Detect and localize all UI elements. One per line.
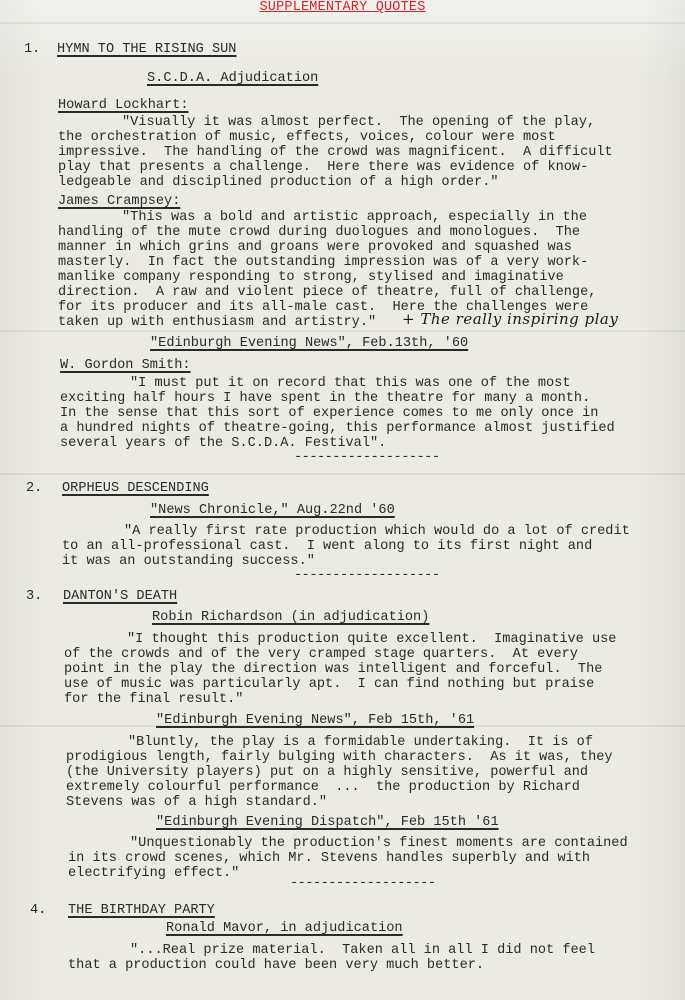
source-heading: Robin Richardson (in adjudication) <box>152 610 429 625</box>
quote-line: "Bluntly, the play is a formidable under… <box>128 735 593 750</box>
quote-line: electrifying effect." <box>68 866 239 881</box>
separator-rule: ------------------- <box>294 450 440 465</box>
document-page: SUPPLEMENTARY QUOTES 1. HYMN TO THE RISI… <box>0 0 685 1000</box>
document-title-text: SUPPLEMENTARY QUOTES <box>259 0 425 15</box>
section-heading: THE BIRTHDAY PARTY <box>68 903 215 918</box>
quote-line: prodigious length, fairly bulging with c… <box>66 750 613 765</box>
quote-line: extremely colourful performance ... the … <box>66 780 580 795</box>
quote-line: use of music was particularly apt. I can… <box>64 677 594 692</box>
quote-line: of the crowds and of the very cramped st… <box>64 647 578 662</box>
reviewer-name: W. Gordon Smith: <box>60 358 191 373</box>
quote-line: point in the play the direction was inte… <box>64 662 602 677</box>
source-heading: "Edinburgh Evening Dispatch", Feb 15th '… <box>156 815 499 830</box>
section-number: 4. <box>30 903 46 918</box>
quote-line: a hundred nights of theatre-going, this … <box>60 421 615 436</box>
section-heading: DANTON'S DEATH <box>63 589 177 604</box>
quote-line: the orchestration of music, effects, voi… <box>58 130 556 145</box>
quote-line: "A really first rate production which wo… <box>124 524 630 539</box>
quote-line: exciting half hours I have spent in the … <box>60 391 590 406</box>
quote-line: manner in which grins and groans were pr… <box>58 240 572 255</box>
quote-line: "I must put it on record that this was o… <box>130 376 571 391</box>
section-number: 3. <box>26 589 42 604</box>
separator-rule: ------------------- <box>290 876 436 891</box>
quote-line: handling of the mute crowd during duolog… <box>58 225 580 240</box>
section-number: 2. <box>26 481 42 496</box>
quote-line: In the sense that this sort of experienc… <box>60 406 598 421</box>
quote-line: play that presents a challenge. Here the… <box>58 160 588 175</box>
paper-crease <box>0 473 685 475</box>
quote-line: to an all-professional cast. I went alon… <box>62 539 592 554</box>
section-heading: ORPHEUS DESCENDING <box>62 481 209 496</box>
quote-line: "Unquestionably the production's finest … <box>130 836 628 851</box>
quote-line: "This was a bold and artistic approach, … <box>122 210 587 225</box>
quote-line: ledgeable and disciplined production of … <box>58 175 499 190</box>
paper-crease <box>0 330 685 332</box>
quote-line: manlike company responding to strong, st… <box>58 270 564 285</box>
source-heading: "Edinburgh Evening News", Feb 15th, '61 <box>156 713 474 728</box>
document-title: SUPPLEMENTARY QUOTES <box>0 0 685 15</box>
separator-rule: ------------------- <box>294 568 440 583</box>
quote-line: in its crowd scenes, which Mr. Stevens h… <box>68 851 590 866</box>
section-heading: HYMN TO THE RISING SUN <box>57 42 236 57</box>
source-heading: "News Chronicle," Aug.22nd '60 <box>150 503 395 518</box>
quote-line: masterly. In fact the outstanding impres… <box>58 255 588 270</box>
quote-line: several years of the S.C.D.A. Festival". <box>60 436 386 451</box>
paper-crease <box>0 22 685 24</box>
quote-line: Stevens was of a high standard." <box>66 795 327 810</box>
quote-line: taken up with enthusiasm and artistry." <box>58 315 376 330</box>
quote-line: (the University players) put on a highly… <box>66 765 588 780</box>
source-heading: "Edinburgh Evening News", Feb.13th, '60 <box>150 336 468 351</box>
source-heading: S.C.D.A. Adjudication <box>147 71 318 86</box>
quote-line: "...Real prize material. Taken all in al… <box>130 943 595 958</box>
handwritten-annotation: + The really inspiring play <box>402 312 618 327</box>
reviewer-name: Howard Lockhart: <box>58 98 189 113</box>
source-heading: Ronald Mavor, in adjudication <box>166 921 403 936</box>
quote-line: direction. A raw and violent piece of th… <box>58 285 596 300</box>
quote-line: impressive. The handling of the crowd wa… <box>58 145 613 160</box>
quote-line: "I thought this production quite excelle… <box>127 632 616 647</box>
reviewer-name: James Crampsey: <box>58 194 180 209</box>
quote-line: "Visually it was almost perfect. The ope… <box>122 115 595 130</box>
quote-line: for the final result." <box>64 692 243 707</box>
quote-line: it was an outstanding success." <box>62 554 315 569</box>
quote-line: that a production could have been very m… <box>68 958 484 973</box>
section-number: 1. <box>24 42 40 57</box>
